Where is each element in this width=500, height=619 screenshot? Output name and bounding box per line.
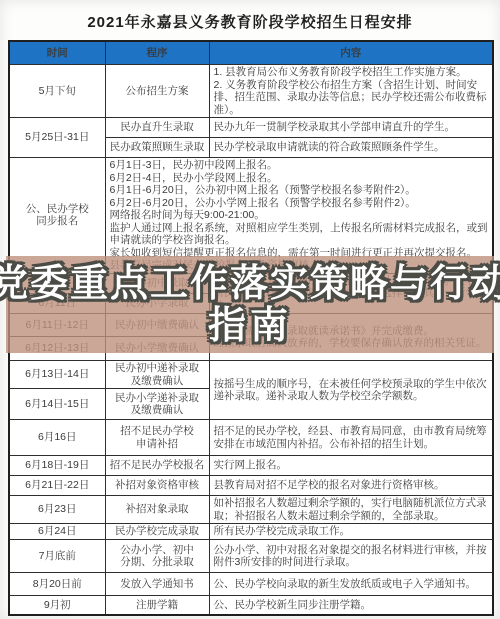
time-cell: 6月13日-14日 <box>9 361 105 389</box>
time-cell: 7月底前 <box>9 540 105 573</box>
time-cell: 5月下旬 <box>9 65 105 118</box>
content-cell: 民办九年一贯制学校录取其小学部申请直升的学生。 <box>209 118 493 138</box>
document-title: 2021年永嘉县义务教育阶段学校招生日程安排 <box>0 11 500 32</box>
procedure-cell: 补招对象录取 <box>105 496 209 524</box>
content-cell: 民办学校录取申请就读的符合政策照顾条件学生。 <box>209 138 493 158</box>
header-time: 时间 <box>9 41 105 65</box>
time-cell: 6月14日-15日 <box>9 389 105 420</box>
procedure-cell: 民办小学缴费确认 <box>105 337 209 361</box>
content-cell: 摇号对象每人生成顺序号，结合招生计划依次录取。报名两所民办学校均被预录取的学生，… <box>209 273 493 314</box>
time-cell: 9月初 <box>9 596 105 615</box>
time-cell: 6月11日 <box>9 293 105 313</box>
table-row: 6月18日-19日 招不足民办学校报名 实行网上报名。 <box>9 456 493 476</box>
table-header-row: 时间 程序 内容 <box>9 41 493 65</box>
content-cell: 公办小学、初中对报名对象提交的报名材料进行审核，并按附件3所安排的时间进行录取。 <box>209 540 493 573</box>
content-cell: 实行网上报名。 <box>209 456 493 476</box>
content-cell: 6月1日-3日，民办初中段网上报名。 6月2日-4日，民办小学段网上报名。 6月… <box>105 158 493 274</box>
table-row: 6月10日 民办初中录取 摇号对象每人生成顺序号，结合招生计划依次录取。报名两所… <box>9 273 493 293</box>
table-row: 5月下旬 公布招生方案 1. 县教育局公布义务教育阶段学校招生工作实施方案。 2… <box>9 65 493 118</box>
procedure-cell: 招不足民办学校 申请补招 <box>105 420 209 456</box>
time-cell: 6月24日 <box>9 524 105 540</box>
table-row: 6月11日-12日 民办初中缴费确认 确认时需签订《录取就读承诺书》并完成缴费。… <box>9 314 493 337</box>
time-cell: 6月16日 <box>9 420 105 456</box>
header-content: 内容 <box>209 41 493 65</box>
content-cell: 招不足的民办学校，经县、市教育局同意，由市教育局统筹安排在市域范围内补招。公布补… <box>209 420 493 456</box>
content-cell: 如补招报名人数超过剩余学额的，实行电脑随机派位方式录取；补招报名人数未超过剩余学… <box>209 496 493 524</box>
procedure-cell: 公办小学、初中 分期、分批录取 <box>105 540 209 573</box>
table-row: 6月13日-14日 民办初中递补录取 及缴费确认 按摇号生成的顺序号，在未被任何… <box>9 361 493 389</box>
procedure-cell: 民办初中递补录取 及缴费确认 <box>105 361 209 389</box>
time-cell: 5月25日-31日 <box>9 118 105 158</box>
table-row: 公、民办学校 同步报名 6月1日-3日，民办初中段网上报名。 6月2日-4日，民… <box>9 158 493 274</box>
table-row: 9月初 注册学籍 公、民办学校新生同步注册学籍。 <box>9 596 493 615</box>
enrollment-schedule-table: 时间 程序 内容 5月下旬 公布招生方案 1. 县教育局公布义务教育阶段学校招生… <box>8 40 494 616</box>
table-row: 6月24日 民办学校完成录取 所有民办学校完成录取工作。 <box>9 524 493 540</box>
time-cell: 8月20日前 <box>9 573 105 596</box>
time-cell: 6月11日-12日 <box>9 314 105 337</box>
procedure-cell: 公布招生方案 <box>105 65 209 118</box>
table-row: 8月20日前 发放入学通知书 公、民办学校向录取的新生发放纸质或电子入学通知书。 <box>9 573 493 596</box>
content-cell: 1. 县教育局公布义务教育阶段学校招生工作实施方案。 2. 义务教育阶段学校公布… <box>209 65 493 118</box>
time-cell: 6月10日 <box>9 273 105 293</box>
time-cell: 6月23日 <box>9 496 105 524</box>
procedure-cell: 民办初中缴费确认 <box>105 314 209 337</box>
procedure-cell: 补招对象资格审核 <box>105 476 209 496</box>
procedure-cell: 民办直升生录取 <box>105 118 209 138</box>
content-cell: 公、民办学校向录取的新生发放纸质或电子入学通知书。 <box>209 573 493 596</box>
table-row: 6月16日 招不足民办学校 申请补招 招不足的民办学校，经县、市教育局同意，由市… <box>9 420 493 456</box>
table-row: 6月23日 补招对象录取 如补招报名人数超过剩余学额的，实行电脑随机派位方式录取… <box>9 496 493 524</box>
content-cell: 公、民办学校新生同步注册学籍。 <box>209 596 493 615</box>
content-cell: 县教育局对招不足学校的报名对象进行资格审核。 <box>209 476 493 496</box>
procedure-cell: 注册学籍 <box>105 596 209 615</box>
content-cell: 按摇号生成的顺序号，在未被任何学校预录取的学生中依次递补录取。递补录取人数为学校… <box>209 361 493 420</box>
content-cell: 确认时需签订《录取就读承诺书》并完成缴费。 经预录取后确认放弃的，学校要保存确认… <box>209 314 493 361</box>
procedure-cell: 民办学校完成录取 <box>105 524 209 540</box>
procedure-cell: 民办小学录取 <box>105 293 209 313</box>
header-procedure: 程序 <box>105 41 209 65</box>
time-cell: 6月21日-22日 <box>9 476 105 496</box>
table-row: 5月25日-31日 民办直升生录取 民办九年一贯制学校录取其小学部申请直升的学生… <box>9 118 493 138</box>
time-cell: 公、民办学校 同步报名 <box>9 158 105 274</box>
table-row: 7月底前 公办小学、初中 分期、分批录取 公办小学、初中对报名对象提交的报名材料… <box>9 540 493 573</box>
time-cell: 6月12日-13日 <box>9 337 105 361</box>
procedure-cell: 民办初中录取 <box>105 273 209 293</box>
procedure-cell: 民办政策照顾生录取 <box>105 138 209 158</box>
time-cell: 6月18日-19日 <box>9 456 105 476</box>
procedure-cell: 发放入学通知书 <box>105 573 209 596</box>
table-row: 6月21日-22日 补招对象资格审核 县教育局对招不足学校的报名对象进行资格审核… <box>9 476 493 496</box>
content-cell: 所有民办学校完成录取工作。 <box>209 524 493 540</box>
procedure-cell: 招不足民办学校报名 <box>105 456 209 476</box>
procedure-cell: 民办小学递补录取 及缴费确认 <box>105 389 209 420</box>
document-page: 2021年永嘉县义务教育阶段学校招生日程安排 时间 程序 内容 5月下旬 公布招… <box>0 0 500 619</box>
